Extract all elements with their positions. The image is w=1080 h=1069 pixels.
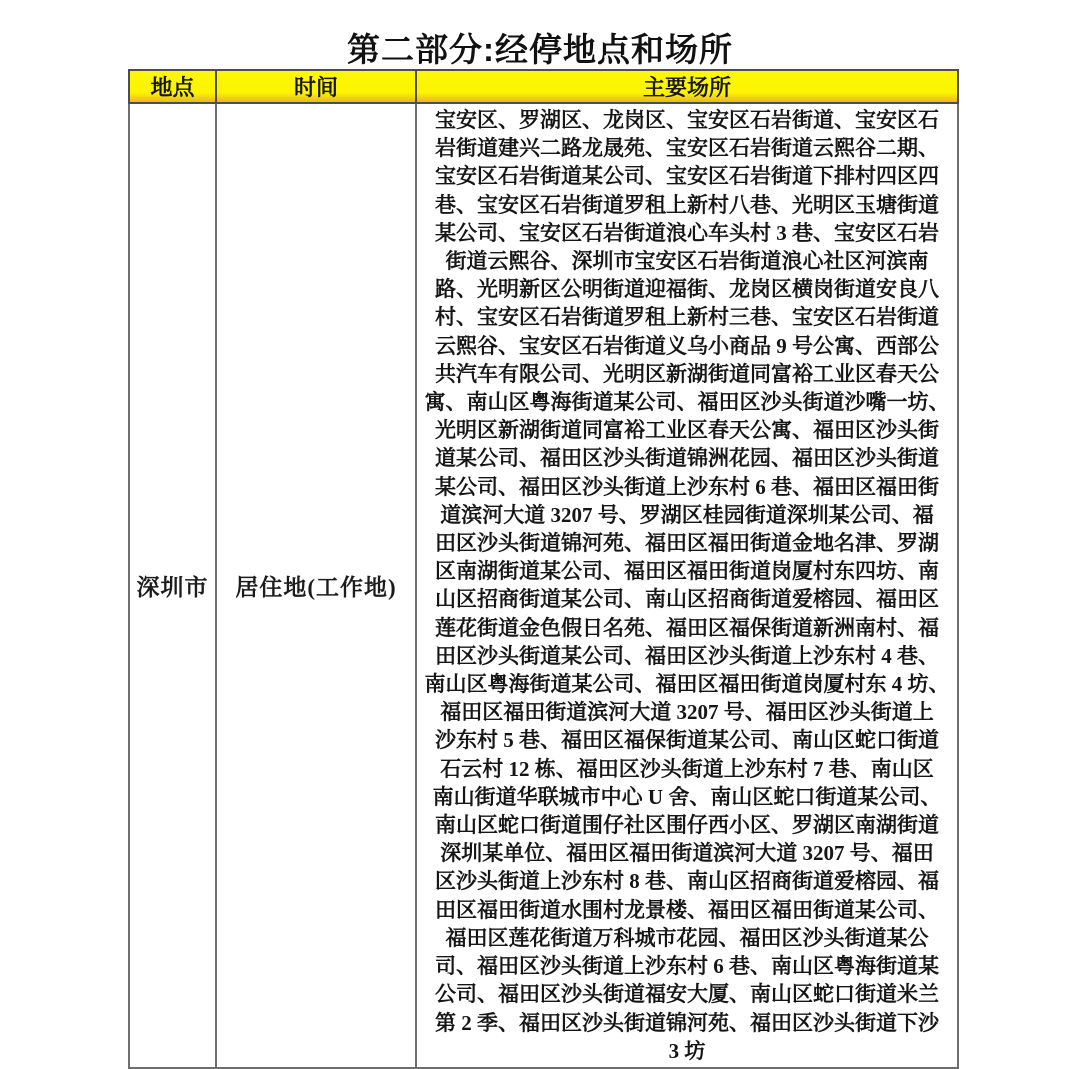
cell-location: 深圳市 — [129, 103, 216, 1068]
header-cell-places: 主要场所 — [416, 70, 958, 103]
table-row: 深圳市 居住地(工作地) 宝安区、罗湖区、龙岗区、宝安区石岩街道、宝安区石 岩街… — [129, 103, 958, 1068]
cell-places: 宝安区、罗湖区、龙岗区、宝安区石岩街道、宝安区石 岩街道建兴二路龙晟苑、宝安区石… — [416, 103, 958, 1068]
page-title: 第二部分:经停地点和场所 — [0, 24, 1080, 71]
locations-table: 地点 时间 主要场所 深圳市 居住地(工作地) 宝安区、罗湖区、龙岗区、宝安区石… — [128, 69, 959, 1069]
table-header-row: 地点 时间 主要场所 — [129, 70, 958, 103]
header-cell-location: 地点 — [129, 70, 216, 103]
document-page: 第二部分:经停地点和场所 地点 时间 主要场所 深圳市 居住地(工作地) 宝安区… — [0, 0, 1080, 1069]
header-cell-time: 时间 — [216, 70, 416, 103]
cell-time: 居住地(工作地) — [216, 103, 416, 1068]
